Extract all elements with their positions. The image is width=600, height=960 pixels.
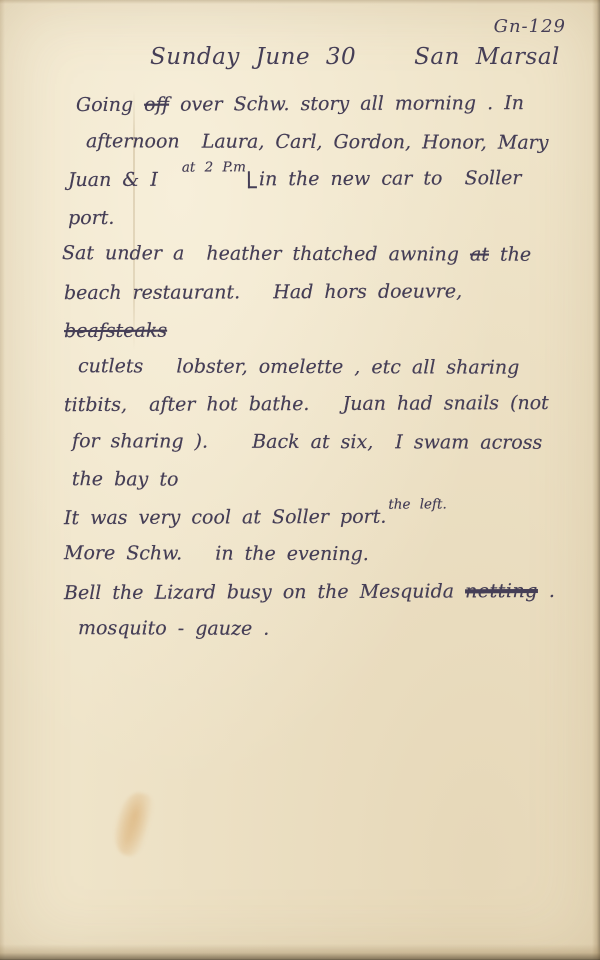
handwriting-line: It was very cool at Soller port.the left… xyxy=(62,497,572,537)
page-edge-right xyxy=(592,0,600,960)
handwriting-lines: Going off over Schw. story all morning .… xyxy=(62,86,572,649)
paper-stain xyxy=(109,789,157,859)
page-edge-left xyxy=(0,0,5,960)
handwriting-line: Bell the Lizard busy on the Mesquida net… xyxy=(62,572,572,612)
handwriting-line: Sat under a heather thatched awning at t… xyxy=(62,235,572,274)
title-place: San Marsal xyxy=(414,44,560,70)
handwriting-segment: cutlets lobster, omelette , etc all shar… xyxy=(78,355,519,379)
handwriting-line: Juan & I at 2 P.min the new car to Solle… xyxy=(62,160,572,237)
handwriting-segment: beach restaurant. Had hors doeuvre, xyxy=(64,280,473,304)
handwriting-segment: the xyxy=(489,244,531,266)
handwriting-segment: mosquito - gauze . xyxy=(78,617,269,640)
handwriting-line: titbits, after hot bathe. Juan had snail… xyxy=(62,385,572,425)
handwriting-segment: It was very cool at Soller port. xyxy=(64,505,386,528)
archive-reference: Gn-129 xyxy=(494,16,566,37)
manuscript-page: Gn-129 Sunday June 30 San Marsal Going o… xyxy=(0,0,600,960)
handwriting-line: cutlets lobster, omelette , etc all shar… xyxy=(62,348,572,387)
page-edge-bottom xyxy=(0,944,600,960)
handwriting-segment: More Schw. in the evening. xyxy=(64,542,369,565)
handwriting-line: More Schw. in the evening. xyxy=(62,535,572,574)
handwriting-segment: Sat under a heather thatched awning xyxy=(62,242,470,265)
handwriting-line: mosquito - gauze . xyxy=(62,610,572,649)
handwriting-line: for sharing ). Back at six, I swam acros… xyxy=(62,423,572,500)
strike-segment: beafsteaks xyxy=(64,319,167,341)
diary-title: Sunday June 30 San Marsal xyxy=(150,44,570,70)
handwriting-line: beach restaurant. Had hors doeuvre, beaf… xyxy=(62,272,572,349)
page-edge-top xyxy=(0,0,600,4)
handwriting-segment: . xyxy=(538,579,555,601)
handwriting-segment: for sharing ). Back at six, I swam acros… xyxy=(72,430,553,490)
handwriting-line: afternoon Laura, Carl, Gordon, Honor, Ma… xyxy=(62,123,572,162)
handwriting-segment: titbits, after hot bathe. Juan had snail… xyxy=(64,392,549,416)
scribble-segment: netting xyxy=(465,580,538,602)
handwriting-segment: Going xyxy=(76,94,144,116)
sup-segment: the left. xyxy=(388,496,446,512)
sup-segment: at 2 P.m xyxy=(182,159,246,175)
handwriting-segment: afternoon Laura, Carl, Gordon, Honor, Ma… xyxy=(86,130,549,154)
handwriting-segment: Juan & I xyxy=(68,169,180,191)
strike-segment: off xyxy=(144,94,169,116)
insertion-caret-mark xyxy=(248,171,257,188)
title-date: Sunday June 30 xyxy=(150,44,356,70)
handwriting-line: Going off over Schw. story all morning .… xyxy=(62,85,572,125)
handwriting-segment: over Schw. story all morning . In xyxy=(169,92,524,116)
handwriting-segment: Bell the Lizard busy on the Mesquida xyxy=(64,580,465,604)
strike-segment: at xyxy=(470,244,489,266)
